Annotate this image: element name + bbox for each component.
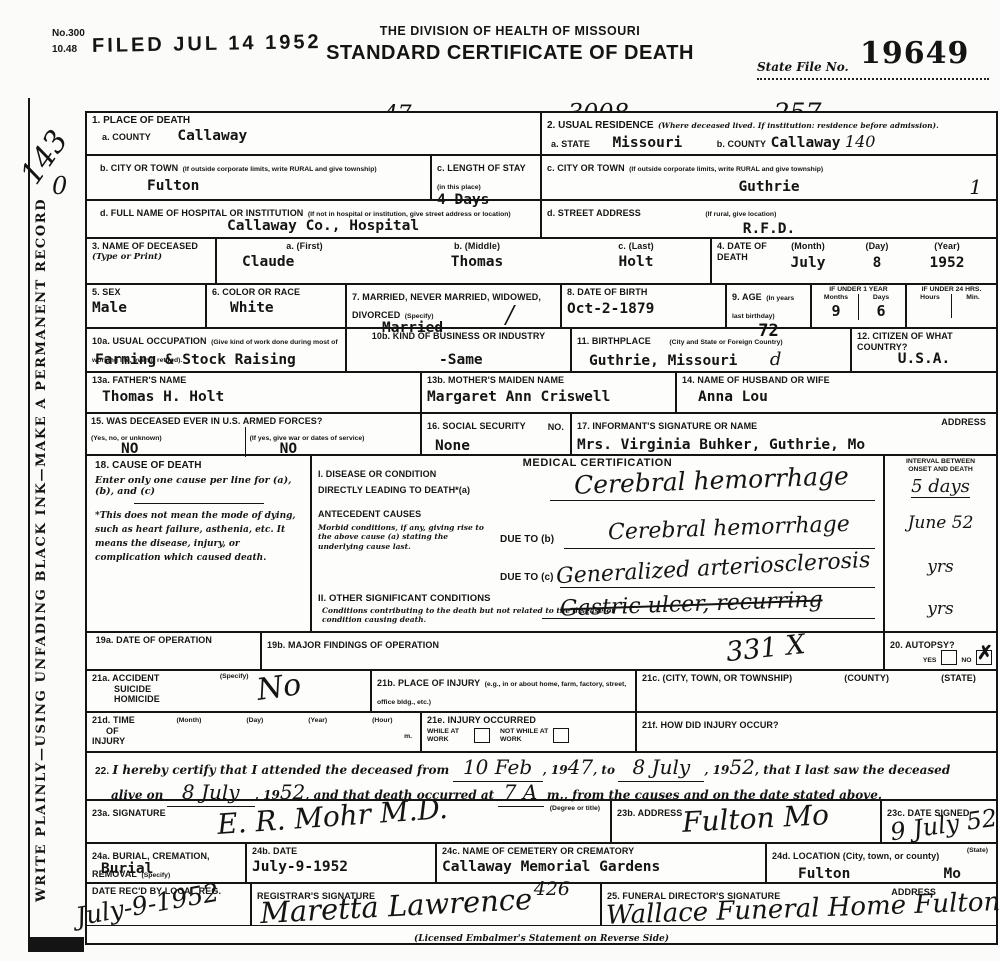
age-under24-cell: IF UNDER 24 HRS. Hours Min.	[907, 285, 996, 327]
race-value: White	[230, 300, 340, 316]
dod-day-label: (Day)	[847, 241, 907, 252]
certificate-title: STANDARD CERTIFICATE OF DEATH	[310, 42, 710, 65]
dod-month-label: (Month)	[769, 241, 847, 252]
funeral-director-cell: 25. FUNERAL DIRECTOR'S SIGNATURE ADDRESS…	[602, 884, 996, 925]
birthplace-label: 11. BIRTHPLACE	[577, 336, 651, 346]
burial-date-label: 24b. DATE	[252, 846, 430, 857]
operation-date-cell: 19a. DATE OF OPERATION	[87, 633, 262, 669]
marital-handwriting-mark: /	[506, 303, 514, 327]
while-at-work-checkbox	[474, 728, 490, 743]
time-injury-hour: (Hour)	[372, 717, 392, 749]
interval-other-value: yrs	[927, 599, 953, 619]
cause-c-line	[560, 587, 875, 588]
how-injury-occurred-label: 21f. HOW DID INJURY OCCUR?	[642, 720, 779, 730]
accident-label-3: HOMICIDE	[114, 694, 160, 705]
operation-findings-handwriting: 331 X	[724, 631, 806, 666]
state-file-no-underline	[757, 78, 989, 80]
certify-19c: , 19	[255, 788, 280, 802]
cause-of-death-instructions-cell: 18. CAUSE OF DEATH Enter only one cause …	[87, 456, 312, 631]
ssn-value: None	[435, 438, 565, 454]
ssn-cell: 16. SOCIAL SECURITY NO. None	[422, 414, 572, 454]
antecedent-causes-label: ANTECEDENT CAUSES	[318, 509, 421, 520]
residence-city-value: Guthrie	[547, 179, 991, 195]
birth-date-value: Oct-2-1879	[567, 301, 720, 317]
age-hours-label: Hours	[909, 294, 951, 302]
physician-address-cell: 23b. ADDRESS Fulton Mo	[612, 801, 882, 842]
interval-label-2: ONSET AND DEATH	[888, 466, 993, 474]
pod-city-value: Fulton	[147, 178, 425, 194]
birthplace-handwriting: d	[770, 349, 782, 370]
occupation-label: 10a. USUAL OCCUPATION	[92, 336, 207, 346]
time-injury-year: (Year)	[308, 717, 327, 749]
accident-label-2: SUICIDE	[114, 684, 160, 695]
certify-to: , to	[593, 763, 615, 777]
not-while-at-work-label: NOT WHILE AT WORK	[500, 728, 550, 744]
certify-year-1: 47	[568, 755, 593, 779]
deceased-name-label-cell: 3. NAME OF DECEASED (Type or Print)	[87, 239, 217, 283]
cause-c-value: Generalized arteriosclerosis	[556, 550, 871, 588]
residence-state-label: a. STATE	[551, 139, 590, 149]
time-injury-day: (Day)	[246, 717, 263, 749]
other-conditions-line	[542, 618, 875, 619]
informant-cell: 17. INFORMANT'S SIGNATURE OR NAME ADDRES…	[572, 414, 996, 454]
pod-county-label: a. COUNTY	[102, 132, 151, 142]
cause-a-value: Cerebral hemorrhage	[574, 463, 850, 498]
embalmer-note: (Licensed Embalmer's Statement on Revers…	[414, 934, 669, 944]
burial-location-cell: 24d. LOCATION (City, town, or county) (S…	[767, 844, 996, 882]
age-years-cell: 9. AGE (In years last birthday) 72	[727, 285, 812, 327]
ssn-label2: NO.	[548, 422, 564, 433]
other-conditions-label: II. OTHER SIGNIFICANT CONDITIONS	[318, 593, 491, 604]
father-label: 13a. FATHER'S NAME	[92, 375, 415, 386]
armed-forces-note2: (If yes, give war or dates of service)	[250, 435, 365, 442]
certify-from-date: 10 Feb	[463, 755, 532, 779]
certify-text-3: alive on	[111, 788, 163, 802]
pod-stay-cell: c. LENGTH OF STAY (in this place) 4 Days	[432, 156, 542, 199]
cause-a-line	[550, 500, 875, 501]
armed-forces-label: 15. WAS DECEASED EVER IN U.S. ARMED FORC…	[91, 416, 416, 427]
spouse-cell: 14. NAME OF HUSBAND OR WIFE Anna Lou	[677, 373, 996, 412]
not-while-at-work-checkbox	[553, 728, 569, 743]
residence-state-value: Missouri	[612, 135, 682, 151]
injury-state-label: (STATE)	[941, 673, 976, 709]
place-of-injury-cell: 21b. PLACE OF INJURY (e.g., in or about …	[372, 671, 637, 711]
injury-occurred-cell: 21e. INJURY OCCURRED WHILE AT WORK NOT W…	[422, 713, 637, 751]
age-days-value: 6	[859, 302, 903, 320]
industry-value: -Same	[439, 352, 483, 368]
mother-label: 13b. MOTHER'S MAIDEN NAME	[427, 375, 670, 386]
certify-text-1: I hereby certify that I attended the dec…	[113, 763, 450, 777]
race-label: 6. COLOR OR RACE	[212, 287, 340, 298]
form-number: No.300 10.48	[52, 26, 85, 58]
occupation-cell: 10a. USUAL OCCUPATION (Give kind of work…	[87, 329, 347, 371]
cemetery-cell: 24c. NAME OF CEMETERY OR CREMATORY Calla…	[437, 844, 767, 882]
time-injury-label-1: 21d. TIME	[92, 715, 154, 726]
industry-cell: 10b. KIND OF BUSINESS OR INDUSTRY -Same	[347, 329, 572, 371]
spouse-value: Anna Lou	[698, 389, 991, 405]
informant-label: 17. INFORMANT'S SIGNATURE OR NAME	[577, 421, 757, 431]
autopsy-yes-checkbox	[941, 650, 957, 665]
pod-hospital-cell: d. FULL NAME OF HOSPITAL OR INSTITUTION …	[87, 201, 542, 237]
autopsy-no-xmark: ✗	[977, 647, 993, 659]
scan-artifact	[28, 937, 84, 952]
residence-city-label: c. CITY OR TOWN	[547, 163, 625, 173]
issuing-agency: THE DIVISION OF HEALTH OF MISSOURI	[330, 24, 690, 38]
disease-condition-label-2: DIRECTLY LEADING TO DEATH*	[318, 485, 459, 495]
residence-city-handwriting: 1	[969, 177, 982, 197]
antecedent-note: Morbid conditions, if any, giving rise t…	[318, 523, 496, 551]
certify-year-2: 52	[729, 755, 754, 779]
last-name-value: Holt	[567, 254, 705, 270]
armed-forces-value2: NO	[280, 441, 416, 457]
middle-name-label: b. (Middle)	[397, 241, 557, 252]
cemetery-label: 24c. NAME OF CEMETERY OR CREMATORY	[442, 846, 760, 857]
birthplace-value: Guthrie, Missouri	[589, 353, 737, 369]
cause-c-label: DUE TO (c)	[500, 572, 554, 584]
first-name-cell: a. (First) Claude	[217, 239, 392, 283]
dod-year-label: (Year)	[907, 241, 987, 252]
certify-text-5: m., from the causes and on the date stat…	[547, 788, 882, 802]
certificate-frame: 1. PLACE OF DEATH a. COUNTY Callaway 2. …	[85, 111, 998, 945]
margin-rule	[28, 98, 30, 946]
spouse-label: 14. NAME OF HUSBAND OR WIFE	[682, 375, 991, 386]
how-injury-occurred-cell: 21f. HOW DID INJURY OCCUR?	[637, 713, 996, 751]
injury-occurred-label: 21e. INJURY OCCURRED	[427, 715, 630, 726]
age-under1-cell: IF UNDER 1 YEAR Months 9 Days 6	[812, 285, 907, 327]
citizen-label: 12. CITIZEN OF WHAT COUNTRY?	[857, 331, 991, 352]
physician-signature-cell: 23a. SIGNATURE E. R. Mohr M.D. (Degree o…	[87, 801, 612, 842]
pod-stay-label: c. LENGTH OF STAY	[437, 163, 526, 173]
operation-date-label: 19a. DATE OF OPERATION	[92, 635, 212, 646]
mother-value: Margaret Ann Criswell	[427, 389, 670, 405]
accident-label-1: 21a. ACCIDENT	[92, 673, 160, 684]
injury-county-label: (COUNTY)	[844, 673, 889, 709]
age-under24-label: IF UNDER 24 HRS.	[909, 286, 994, 294]
burial-location-state: Mo	[944, 866, 961, 882]
cause-a-label: (a)	[459, 485, 470, 495]
first-name-value: Claude	[242, 254, 387, 270]
registrar-handwriting-extra: 426	[534, 880, 570, 899]
cause-b-value: Cerebral hemorrhage	[608, 514, 850, 544]
age-label: 9. AGE	[732, 292, 762, 302]
pod-hospital-note: (If not in hospital or institution, give…	[308, 211, 511, 218]
interval-label-1: INTERVAL BETWEEN	[888, 458, 993, 466]
date-of-death-cell: 4. DATE OF DEATH (Month) July (Day) 8 (Y…	[712, 239, 996, 283]
pod-hospital-value: Callaway Co., Hospital	[227, 218, 535, 234]
date-signed-cell: 23c. DATE SIGNED 9 July 52	[882, 801, 996, 842]
ssn-label: 16. SOCIAL SECURITY	[427, 421, 526, 431]
disease-condition-label-1: I. DISEASE OR CONDITION	[318, 469, 470, 480]
age-months-value: 9	[814, 302, 858, 320]
residence-street-label: d. STREET ADDRESS	[547, 208, 641, 218]
burial-date-value: July-9-1952	[252, 859, 430, 875]
residence-street-note: (If rural, give location)	[705, 211, 776, 218]
place-of-death-county-cell: 1. PLACE OF DEATH a. COUNTY Callaway	[87, 113, 542, 154]
mother-cell: 13b. MOTHER'S MAIDEN NAME Margaret Ann C…	[422, 373, 677, 412]
burial-type-value: Burial	[101, 861, 153, 877]
age-under1-label: IF UNDER 1 YEAR	[814, 286, 903, 294]
filed-date-stamp: FILED JUL 14 1952	[92, 31, 322, 58]
residence-city-cell: c. CITY OR TOWN (If outside corporate li…	[542, 156, 996, 199]
death-certificate-scan: No.300 10.48 143 0 WRITE PLAINLY—USING U…	[0, 0, 1000, 961]
autopsy-no-checkbox: ✗	[976, 650, 992, 665]
residence-county-value: Callaway	[771, 135, 841, 151]
first-name-label: a. (First)	[222, 241, 387, 252]
injury-location-cell: 21c. (CITY, TOWN, OR TOWNSHIP) (COUNTY) …	[637, 671, 996, 711]
accident-note: (Specify)	[220, 673, 249, 705]
state-file-no-value: 19649	[860, 36, 969, 71]
deceased-name-label: 3. NAME OF DECEASED	[92, 241, 210, 252]
form-number-line1: No.300	[52, 26, 85, 42]
physician-address-value: Fulton Mo	[681, 801, 829, 837]
place-of-injury-label: 21b. PLACE OF INJURY	[377, 678, 480, 688]
occupation-value: Farming & Stock Raising	[95, 352, 296, 368]
dod-year-value: 1952	[907, 255, 987, 271]
certify-19a: , 19	[543, 763, 568, 777]
time-injury-label-3: INJURY	[92, 736, 154, 747]
armed-forces-cell: 15. WAS DECEASED EVER IN U.S. ARMED FORC…	[87, 414, 422, 454]
residence-street-value: R.F.D.	[547, 221, 991, 237]
interval-b-value: June 52	[908, 513, 974, 533]
residence-street-cell: d. STREET ADDRESS (If rural, give locati…	[542, 201, 996, 237]
pod-stay-note: (in this place)	[437, 184, 481, 191]
dod-month-value: July	[769, 255, 847, 271]
other-conditions-value: Gastric ulcer, recurring	[560, 589, 823, 620]
time-injury-month: (Month)	[176, 717, 201, 749]
sex-label: 5. SEX	[92, 287, 200, 298]
birthplace-note: (City and State or Foreign Country)	[669, 339, 782, 346]
interval-c-value: yrs	[927, 557, 953, 577]
deceased-name-note: (Type or Print)	[92, 252, 210, 263]
interval-cell: INTERVAL BETWEEN ONSET AND DEATH 5 days …	[885, 456, 996, 631]
accident-value: No	[255, 670, 303, 708]
birthplace-cell: 11. BIRTHPLACE (City and State or Foreig…	[572, 329, 852, 371]
armed-forces-value1: NO	[121, 441, 245, 457]
residence-state-county-cell: 2. USUAL RESIDENCE (Where deceased lived…	[542, 113, 996, 154]
medical-certification-cell: MEDICAL CERTIFICATION I. DISEASE OR COND…	[312, 456, 885, 631]
age-days-label: Days	[859, 294, 903, 302]
burial-location-label: 24d. LOCATION (City, town, or county)	[772, 851, 939, 861]
residence-city-note: (If outside corporate limits, write RURA…	[629, 166, 823, 173]
informant-address-label: ADDRESS	[941, 417, 986, 428]
operation-findings-cell: 19b. MAJOR FINDINGS OF OPERATION 331 X	[262, 633, 885, 669]
residence-county-handwriting: 140	[845, 132, 876, 151]
birth-date-cell: 8. DATE OF BIRTH Oct-2-1879	[562, 285, 727, 327]
place-of-death-title: 1. PLACE OF DEATH	[92, 115, 535, 127]
pod-city-cell: b. CITY OR TOWN (If outside corporate li…	[87, 156, 432, 199]
time-of-injury-cell: 21d. TIME OF INJURY (Month) (Day) (Year)…	[87, 713, 422, 751]
last-name-cell: c. (Last) Holt	[562, 239, 712, 283]
margin-instruction: WRITE PLAINLY—USING UNFADING BLACK INK—M…	[34, 162, 58, 937]
injury-city-label: 21c. (CITY, TOWN, OR TOWNSHIP)	[642, 673, 792, 709]
residence-title: 2. USUAL RESIDENCE	[547, 120, 654, 131]
cause-instruction: Enter only one cause per line for (a), (…	[95, 475, 302, 497]
registrar-signature-cell: REGISTRAR'S SIGNATURE 426 Maretta Lawren…	[252, 884, 602, 925]
burial-state-label: (State)	[967, 847, 988, 855]
marital-cell: 7. MARRIED, NEVER MARRIED, WIDOWED, DIVO…	[347, 285, 562, 327]
pod-county-value: Callaway	[177, 128, 247, 144]
form-number-line2: 10.48	[52, 42, 85, 58]
middle-name-cell: b. (Middle) Thomas	[392, 239, 562, 283]
burial-location-city: Fulton	[798, 866, 850, 882]
marital-note: (Specify)	[405, 313, 434, 320]
certification-statement: 22. I hereby certify that I attended the…	[87, 753, 996, 801]
cause-divider	[134, 503, 264, 504]
citizen-cell: 12. CITIZEN OF WHAT COUNTRY? U.S.A.	[852, 329, 996, 371]
date-received-cell: DATE REC'D BY LOCAL REG. July-9-1952	[87, 884, 252, 925]
residence-title-note: (Where deceased lived. If institution: r…	[658, 121, 939, 130]
residence-county-label: b. COUNTY	[717, 139, 766, 149]
dod-day-value: 8	[847, 255, 907, 271]
burial-date-cell: 24b. DATE July-9-1952	[247, 844, 437, 882]
father-value: Thomas H. Holt	[102, 389, 415, 405]
autopsy-yes-label: YES	[923, 657, 937, 664]
certify-to-date: 8 July	[632, 755, 690, 779]
time-injury-m: m.	[404, 733, 412, 741]
physician-signature-label: 23a. SIGNATURE	[92, 808, 166, 818]
age-months-label: Months	[814, 294, 858, 302]
sex-cell: 5. SEX Male	[87, 285, 207, 327]
certify-19b: , 19	[704, 763, 729, 777]
pod-hospital-label: d. FULL NAME OF HOSPITAL OR INSTITUTION	[100, 208, 303, 218]
age-min-label: Min.	[952, 294, 994, 302]
industry-label: 10b. KIND OF BUSINESS OR INDUSTRY	[352, 331, 565, 342]
cause-b-line	[564, 548, 875, 549]
cause-b-label: DUE TO (b)	[500, 534, 554, 546]
time-injury-label-2: OF	[106, 726, 154, 737]
while-at-work-label: WHILE AT WORK	[427, 728, 471, 744]
burial-type-cell: 24a. BURIAL, CREMATION, REMOVAL (Specify…	[87, 844, 247, 882]
last-name-label: c. (Last)	[567, 241, 705, 252]
state-file-no-label: State File No.	[757, 60, 849, 74]
informant-value: Mrs. Virginia Buhker, Guthrie, Mo	[577, 437, 991, 453]
degree-or-title-note: (Degree or title)	[550, 805, 600, 813]
cause-footnote: *This does not mean the mode of dying, s…	[95, 510, 302, 566]
race-cell: 6. COLOR OR RACE White	[207, 285, 347, 327]
interval-a-value: 5 days	[911, 476, 970, 498]
pod-city-note: (If outside corporate limits, write RURA…	[183, 166, 377, 173]
physician-signature-value: E. R. Mohr M.D.	[216, 795, 448, 839]
date-of-death-label: 4. DATE OF DEATH	[717, 241, 769, 281]
certify-text-2: , that I last saw the deceased	[755, 763, 950, 777]
cause-label: 18. CAUSE OF DEATH	[95, 460, 302, 472]
operation-findings-label: 19b. MAJOR FINDINGS OF OPERATION	[267, 640, 439, 650]
middle-name-value: Thomas	[397, 254, 557, 270]
birth-date-label: 8. DATE OF BIRTH	[567, 287, 720, 298]
pod-city-label: b. CITY OR TOWN	[100, 163, 178, 173]
accident-cell: 21a. ACCIDENT SUICIDE HOMICIDE (Specify)…	[87, 671, 372, 711]
certify-no: 22.	[95, 766, 109, 777]
sex-value: Male	[92, 300, 200, 316]
cemetery-value: Callaway Memorial Gardens	[442, 859, 760, 875]
autopsy-cell: 20. AUTOPSY? YES NO ✗	[885, 633, 996, 669]
father-cell: 13a. FATHER'S NAME Thomas H. Holt	[87, 373, 422, 412]
autopsy-no-label: NO	[961, 657, 971, 664]
physician-address-label: 23b. ADDRESS	[617, 808, 682, 818]
citizen-value: U.S.A.	[857, 351, 991, 367]
